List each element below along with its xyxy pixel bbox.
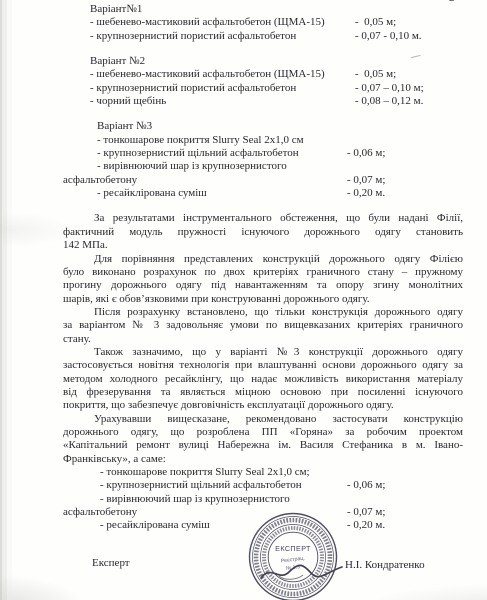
spec-row: - тонкошарове покриття Slurry Seal 2x1,0… [63,466,487,479]
variant-2-title: Варіант №2 [90,55,487,68]
paragraph-line: було виконано розрахунок по двох критері… [63,266,463,279]
spec-row: - ресайклірована суміш - 0,20 м. [63,187,487,200]
spec-value: - 0,07 м; [347,506,385,519]
paragraph: Після розрахунку встановлено, що тільки … [63,306,463,346]
paragraph-line: Франківську», а саме: [63,453,463,466]
spec-label: - крупнозернистий щільний асфальтобетон [100,479,302,491]
spec-row: - крупнозернистий пористий асфальтобетон… [90,30,487,43]
spec-label: - тонкошарове покриття Slurry Seal 2x1,0… [100,466,310,478]
paragraph: Урахувавши вищесказане, рекомендовано за… [63,413,463,466]
spec-label: асфальтобетону [63,506,137,518]
spec-row: - вирівнюючий шар із крупнозернистого [63,493,487,506]
spec-label: - вирівнюючий шар із крупнозернистого [100,493,290,505]
spec-value: - 0,07 - 0,10 м. [355,30,422,43]
spec-label: - шебенево-мастиковий асфальтобетон (ЩМА… [90,16,325,28]
signature-name: Н.І. Кондратенко [345,559,425,572]
spec-value: - 0,20 м. [347,187,385,200]
spec-label: - крупнозернистий пористий асфальтобетон [90,30,296,42]
paragraph-line: дорожнього одягу, що розроблена ПП «Горя… [63,426,463,439]
spec-value: - 0,06 м; [347,147,385,160]
variant-1-block: Варіант№1 - шебенево-мастиковий асфальто… [90,3,487,43]
spec-value: - 0,05 м; [355,16,396,29]
paragraph-line: «Капітальний ремонт вулиці Набережна ім.… [63,439,463,452]
spec-value: - 0,20 м. [347,519,385,532]
spec-label: - вирівнюючий шар із крупнозернистого [97,160,287,172]
spec-row: - тонкошарове покриття Slurry Seal 2x1,0… [63,134,487,147]
spec-value: - 0,05 м; [355,68,396,81]
variant-3-title: Варіант №3 [63,120,487,133]
stamp-center-text: ЕКСПЕРТ [275,544,311,553]
spec-row-hanging: асфальтобетону - 0,07 м; [63,174,487,187]
spec-row: - шебенево-мастиковий асфальтобетон (ЩМА… [90,68,487,81]
variant-1-title: Варіант№1 [90,3,487,16]
spec-value: - 0,08 – 0,12 м. [355,95,423,108]
body-paragraphs: За результатами інструментального обстеж… [63,212,463,466]
paragraph-line: стану. [63,333,463,346]
stamp-registration-text: Реєстрац. [281,556,305,565]
paragraph-line: Також зазначимо, що у варіанті №3 констр… [63,346,463,359]
spec-row: - крупнозернистий щільний асфальтобетон … [63,147,487,160]
paragraph-line: Урахувавши вищесказане, рекомендовано за… [63,413,463,426]
paragraph-line: За результатами інструментального обстеж… [63,212,463,225]
spec-label: - крупнозернистий пористий асфальтобетон [90,82,296,94]
page-number-partial: 2 [449,0,455,5]
paragraph-line: 142 МПа. [63,239,463,252]
paragraph: Також зазначимо, що у варіанті №3 констр… [63,346,463,413]
paragraph-line: за варіантом № 3 задовольняє умови по ви… [63,319,463,332]
paragraph-line: фактичний модуль пружності існуючого дор… [63,226,463,239]
spec-row: - вирівнюючий шар із крупнозернистого [63,160,487,173]
spec-label: - шебенево-мастиковий асфальтобетон (ЩМА… [90,68,325,80]
signature-role: Експерт [92,557,130,569]
paragraph: За результатами інструментального обстеж… [63,212,463,252]
paragraph-line: методом холодного ресайклінгу, що надає … [63,373,463,386]
spec-row: - чорний щебінь - 0,08 – 0,12 м. [90,95,487,108]
spec-label: асфальтобетону [63,174,137,186]
spec-label: - крупнозернистий щільний асфальтобетон [97,147,299,159]
paragraph-line: покриття, що забезпечує довговічність ек… [63,399,463,412]
paragraph: Для порівняння представлених конструкцій… [63,253,463,306]
spec-value: - 0,07 м; [347,174,385,187]
paragraph-line: шарів, які є обов’язковими при конструюв… [63,293,463,306]
paragraph-line: Після розрахунку встановлено, що тільки … [63,306,463,319]
spec-label: - чорний щебінь [90,95,166,107]
paragraph-line: Для порівняння представлених конструкцій… [63,253,463,266]
variant-2-block: Варіант №2 - шебенево-мастиковий асфальт… [90,55,487,108]
expert-stamp: ЕКСПЕРТ Реєстрац. № 1.3 [245,512,343,600]
paragraph-line: застосовується новітня технологія при вл… [63,359,463,372]
paragraph-line: від фрезерування та являється міцною осн… [63,386,463,399]
spec-row: - шебенево-мастиковий асфальтобетон (ЩМА… [90,16,487,29]
spec-label: - тонкошарове покриття Slurry Seal 2x1,0… [97,134,304,146]
document-page: 2 Варіант№1 - шебенево-мастиковий асфаль… [0,0,487,573]
spec-row: - крупнозернистий щільний асфальтобетон … [63,479,487,492]
spec-row: - крупнозернистий пористий асфальтобетон… [90,82,487,95]
spec-value: - 0,07 – 0,10 м; [355,82,424,95]
spec-label: - ресайклірована суміш [100,519,210,531]
variant-3-block: Варіант №3 - тонкошарове покриття Slurry… [63,120,487,200]
spec-label: - ресайклірована суміш [97,187,207,199]
spec-value: - 0,06 м; [347,479,385,492]
paragraph-line: прогину дорожнього одягу під навантаженн… [63,279,463,292]
